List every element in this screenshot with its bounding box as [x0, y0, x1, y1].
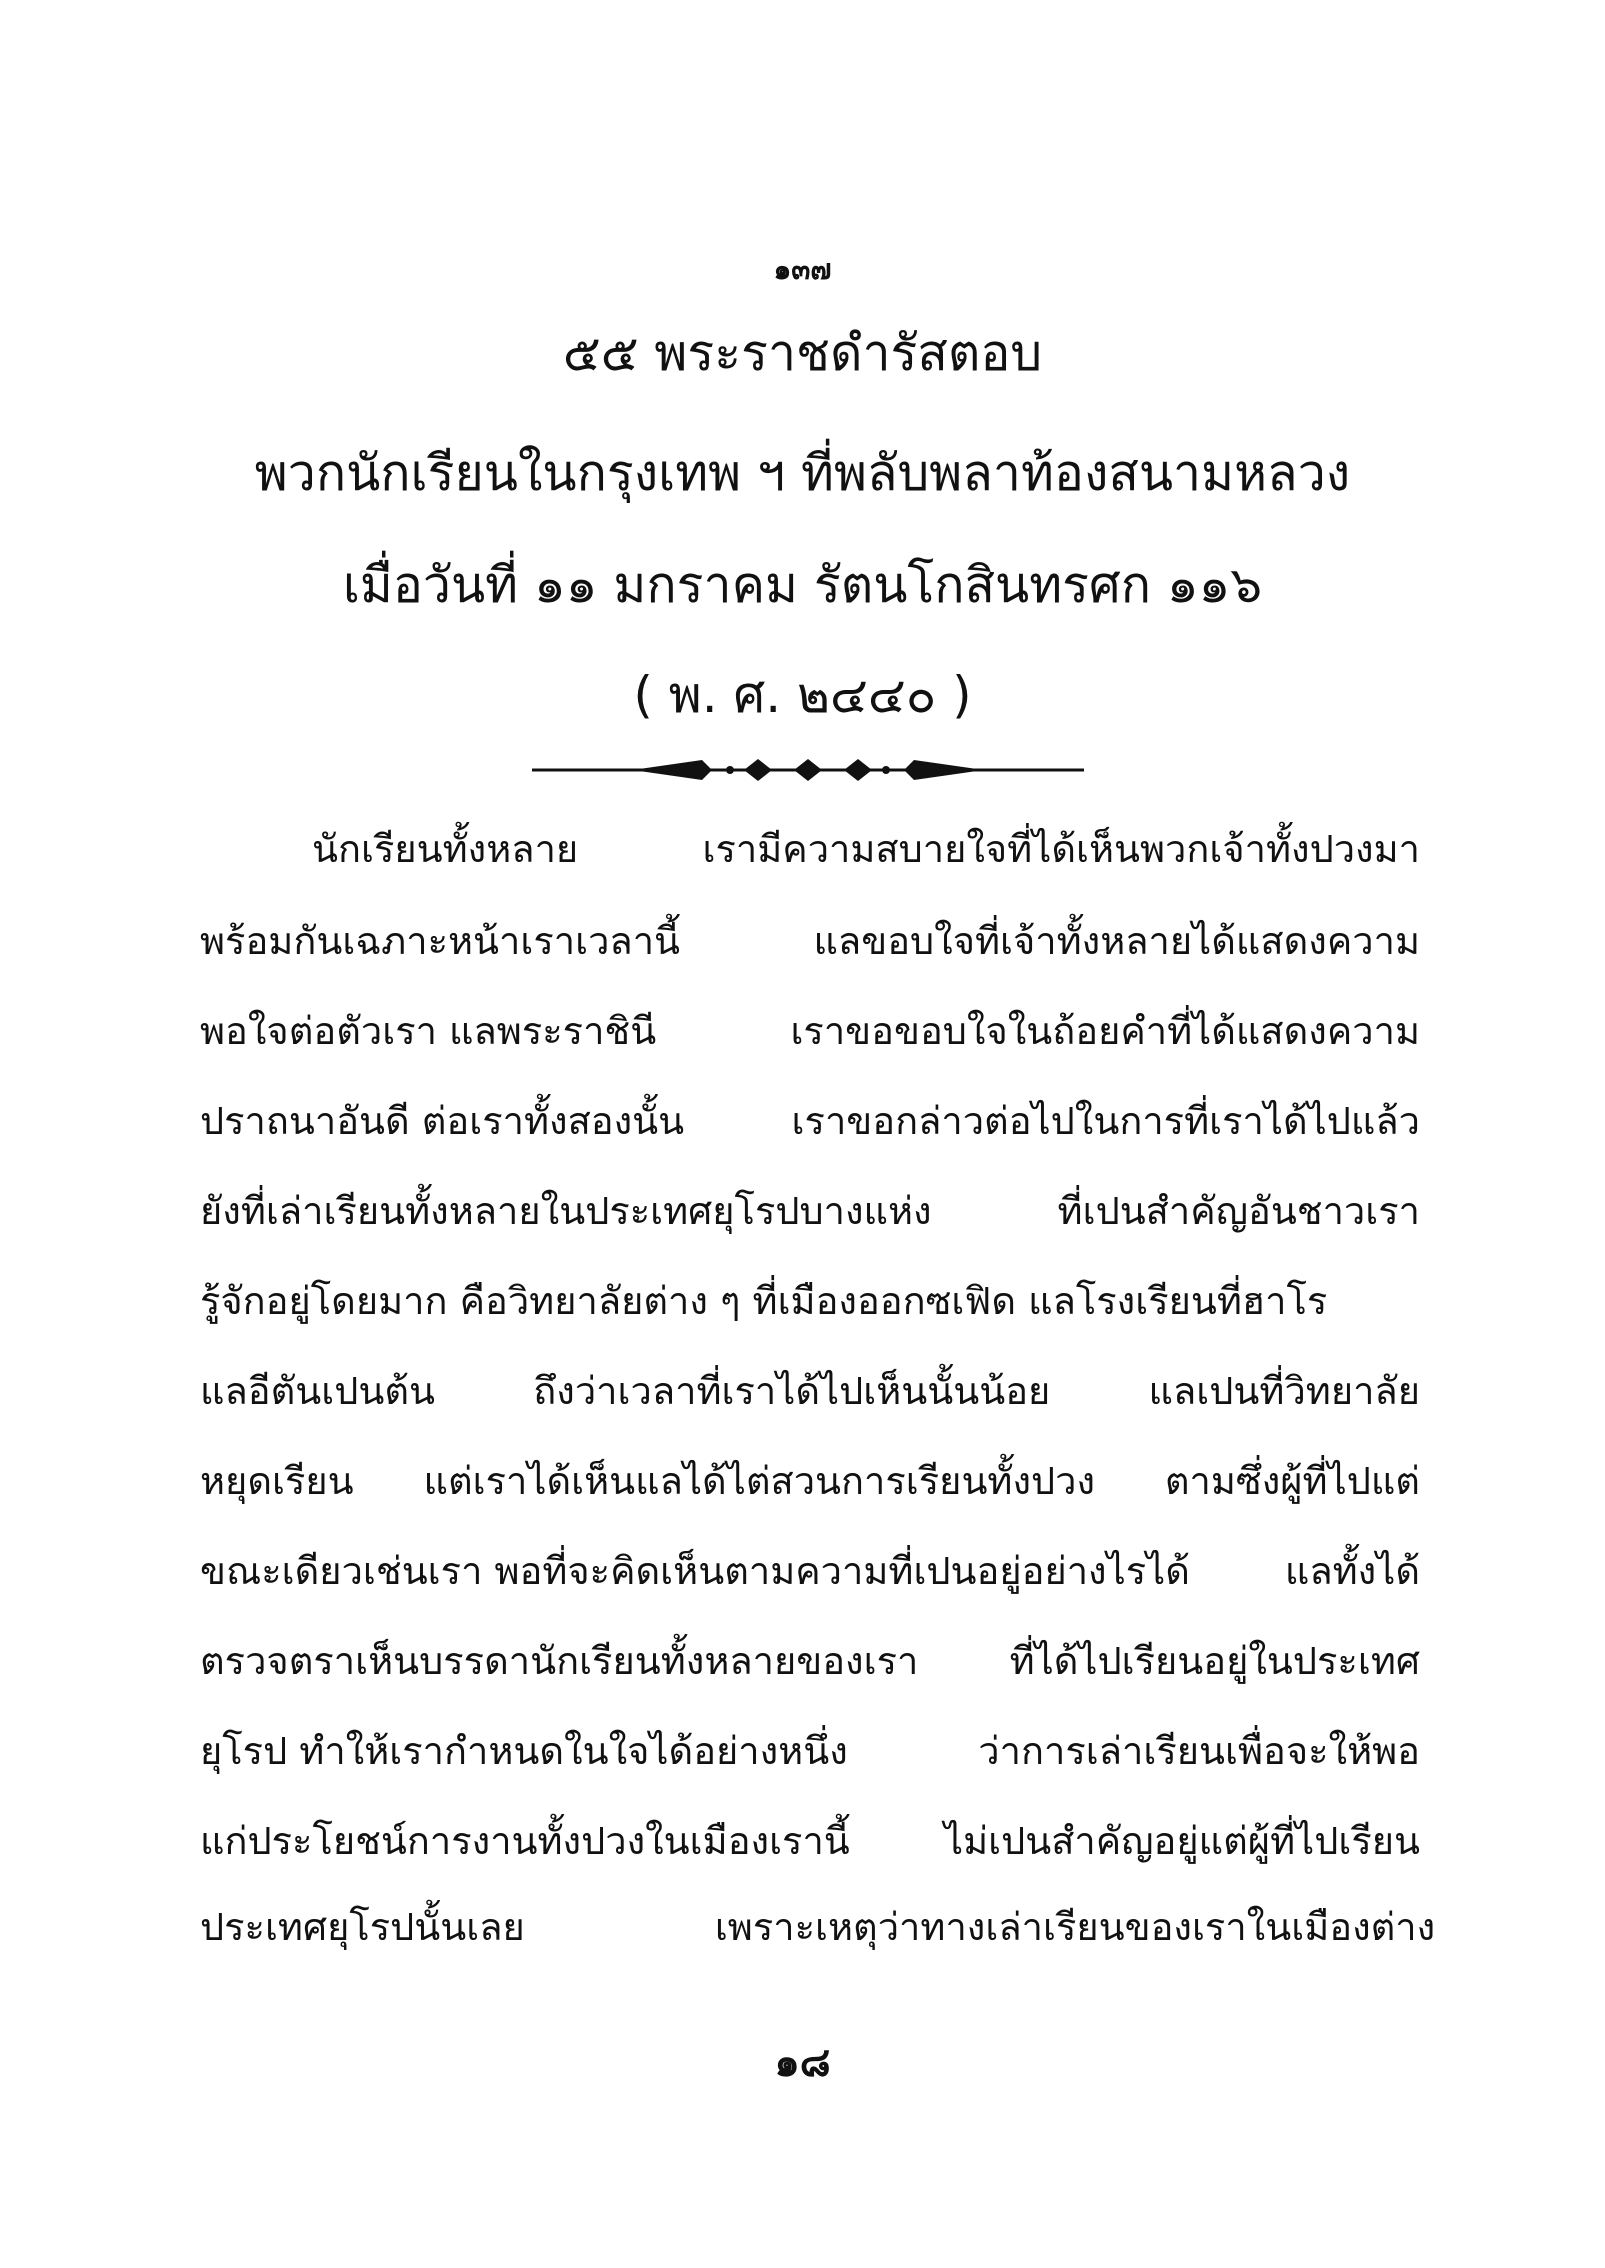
- heading-subtitle-2: เมื่อวันที่ ๑๑ มกราคม รัตนโกสินทรศก ๑๑๖: [0, 560, 1605, 610]
- decorative-divider-icon: [532, 755, 1084, 785]
- body-line: ปราถนาอันดี ต่อเราทั้งสองนั้น เราขอกล่าว…: [200, 1102, 1420, 1140]
- body-line: ยุโรป ทำให้เรากำหนดในใจได้อย่างหนึ่ง ว่า…: [200, 1732, 1420, 1770]
- body-line: พอใจต่อตัวเรา แลพระราชินี เราขอขอบใจในถ้…: [200, 1012, 1420, 1050]
- page-number-top: ๑๓๗: [0, 248, 1605, 292]
- heading-title: ๕๕ พระราชดำรัสตอบ: [0, 328, 1605, 378]
- body-line: ตรวจตราเห็นบรรดานักเรียนทั้งหลายของเรา ท…: [200, 1642, 1420, 1680]
- body-line: นักเรียนทั้งหลาย เรามีความสบายใจที่ได้เห…: [200, 830, 1420, 868]
- body-line: พร้อมกันเฉภาะหน้าเราเวลานี้ แลขอบใจที่เจ…: [200, 922, 1420, 960]
- body-line: ขณะเดียวเช่นเรา พอที่จะคิดเห็นตามความที่…: [200, 1552, 1420, 1590]
- body-line: แก่ประโยชน์การงานทั้งปวงในเมืองเรานี้ ไม…: [200, 1822, 1420, 1860]
- body-line: รู้จักอยู่โดยมาก คือวิทยาลัยต่าง ๆ ที่เม…: [200, 1282, 1420, 1320]
- body-line: ยังที่เล่าเรียนทั้งหลายในประเทศยุโรปบางแ…: [200, 1192, 1420, 1230]
- heading-year: ( พ. ศ. ๒๔๔๐ ): [0, 670, 1605, 720]
- heading-subtitle-1: พวกนักเรียนในกรุงเทพ ฯ ที่พลับพลาท้องสนา…: [0, 448, 1605, 498]
- body-line: แลอีตันเปนต้น ถึงว่าเวลาที่เราได้ไปเห็นน…: [200, 1372, 1420, 1410]
- page-number-bottom: ๑๘: [0, 2030, 1605, 2094]
- body-line: หยุดเรียน แต่เราได้เห็นแลได้ไต่สวนการเรี…: [200, 1462, 1420, 1500]
- body-line: ประเทศยุโรปนั้นเลย เพราะเหตุว่าทางเล่าเร…: [200, 1908, 1420, 1946]
